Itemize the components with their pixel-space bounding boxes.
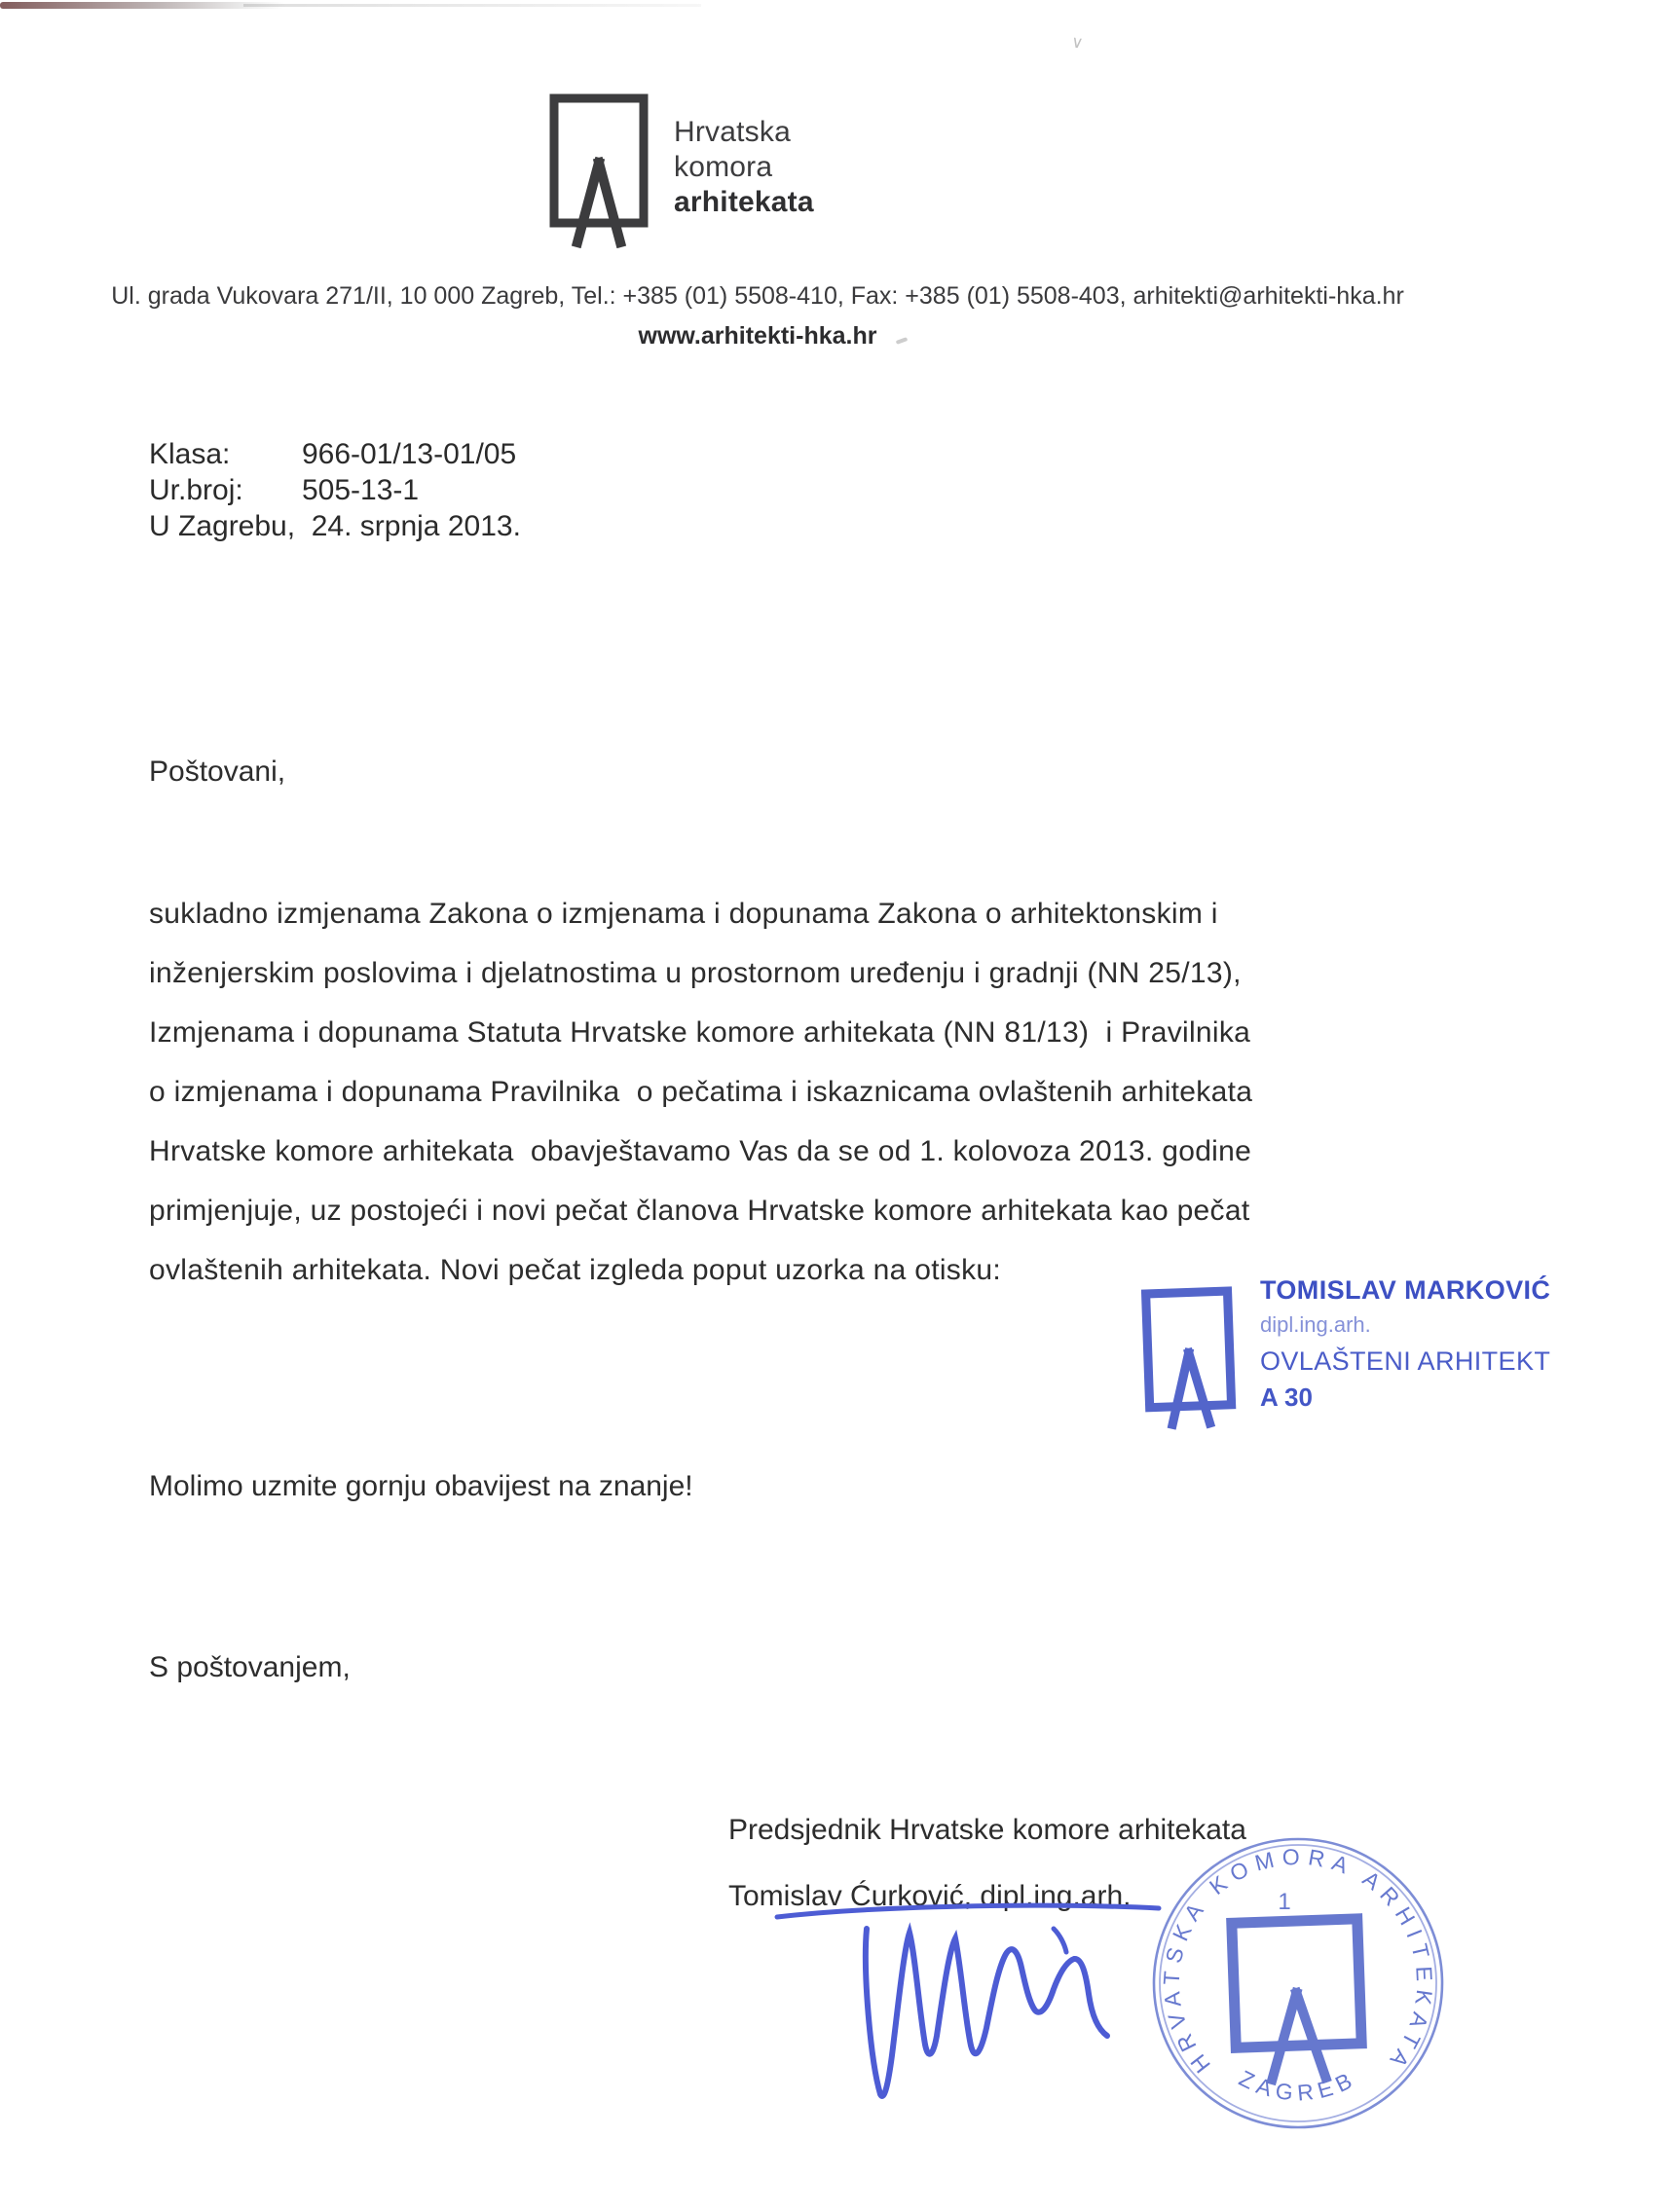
stamp-holder-role: OVLAŠTENI ARHITEKT (1260, 1346, 1550, 1377)
klasa-row: Klasa: 966-01/13-01/05 (149, 438, 521, 474)
urbroj-row: Ur.broj: 505-13-1 (149, 474, 521, 510)
body-line: primjenjuje, uz postojeći i novi pečat č… (149, 1195, 1252, 1254)
body-line: inženjerskim poslovima i djelatnostima u… (149, 957, 1252, 1016)
salutation: Poštovani, (149, 756, 285, 789)
hka-square-logo-icon (548, 92, 650, 253)
body-line: Hrvatske komore arhitekata obavještavamo… (149, 1135, 1252, 1195)
closing-line: S poštovanjem, (149, 1651, 351, 1684)
body-line: Izmjenama i dopunama Statuta Hrvatske ko… (149, 1016, 1252, 1076)
stamp-holder-name: TOMISLAV MARKOVIĆ (1260, 1275, 1550, 1306)
sample-stamp-square-icon (1138, 1285, 1239, 1435)
scanned-letter-page: ∨ Hrvatska komora arhitekata Ul. grada V… (0, 0, 1671, 2212)
reference-block: Klasa: 966-01/13-01/05 Ur.broj: 505-13-1… (149, 438, 521, 546)
website-url: www.arhitekti-hka.hr (76, 322, 1439, 350)
urbroj-value: 505-13-1 (302, 474, 419, 510)
logo-line-1: Hrvatska (674, 115, 814, 150)
scan-artifact-line (0, 2, 284, 9)
signature (761, 1894, 1180, 2103)
logo-line-3: arhitekata (674, 185, 814, 220)
stamp-holder-degree: dipl.ing.arh. (1260, 1312, 1550, 1338)
body-paragraph: sukladno izmjenama Zakona o izmjenama i … (149, 898, 1252, 1313)
klasa-value: 966-01/13-01/05 (302, 438, 516, 474)
klasa-label: Klasa: (149, 438, 302, 474)
body-line: ovlaštenih arhitekata. Novi pečat izgled… (149, 1254, 1252, 1313)
logo-line-2: komora (674, 150, 814, 185)
round-stamp-number: 1 (1278, 1889, 1290, 1915)
scan-artifact-line-2 (243, 4, 701, 7)
logo-wordmark: Hrvatska komora arhitekata (674, 115, 814, 220)
round-stamp-city: ZAGREB (1235, 2065, 1360, 2105)
urbroj-label: Ur.broj: (149, 474, 302, 510)
stamp-holder-number: A 30 (1260, 1382, 1550, 1413)
scan-speck: ∨ (1070, 32, 1085, 54)
note-line: Molimo uzmite gornju obavijest na znanje… (149, 1470, 693, 1503)
sample-stamp-text: TOMISLAV MARKOVIĆ dipl.ing.arh. OVLAŠTEN… (1260, 1275, 1550, 1413)
round-stamp-square-logo-icon (1232, 1919, 1363, 2081)
address-line: Ul. grada Vukovara 271/II, 10 000 Zagreb… (76, 282, 1439, 311)
round-stamp: HRVATSKA KOMORA ARHITEKATA ZAGREB 1 (1149, 1834, 1447, 2132)
body-line: o izmjenama i dopunama Pravilnika o peča… (149, 1076, 1252, 1135)
body-line: sukladno izmjenama Zakona o izmjenama i … (149, 898, 1252, 957)
place-date: U Zagrebu, 24. srpnja 2013. (149, 510, 521, 546)
